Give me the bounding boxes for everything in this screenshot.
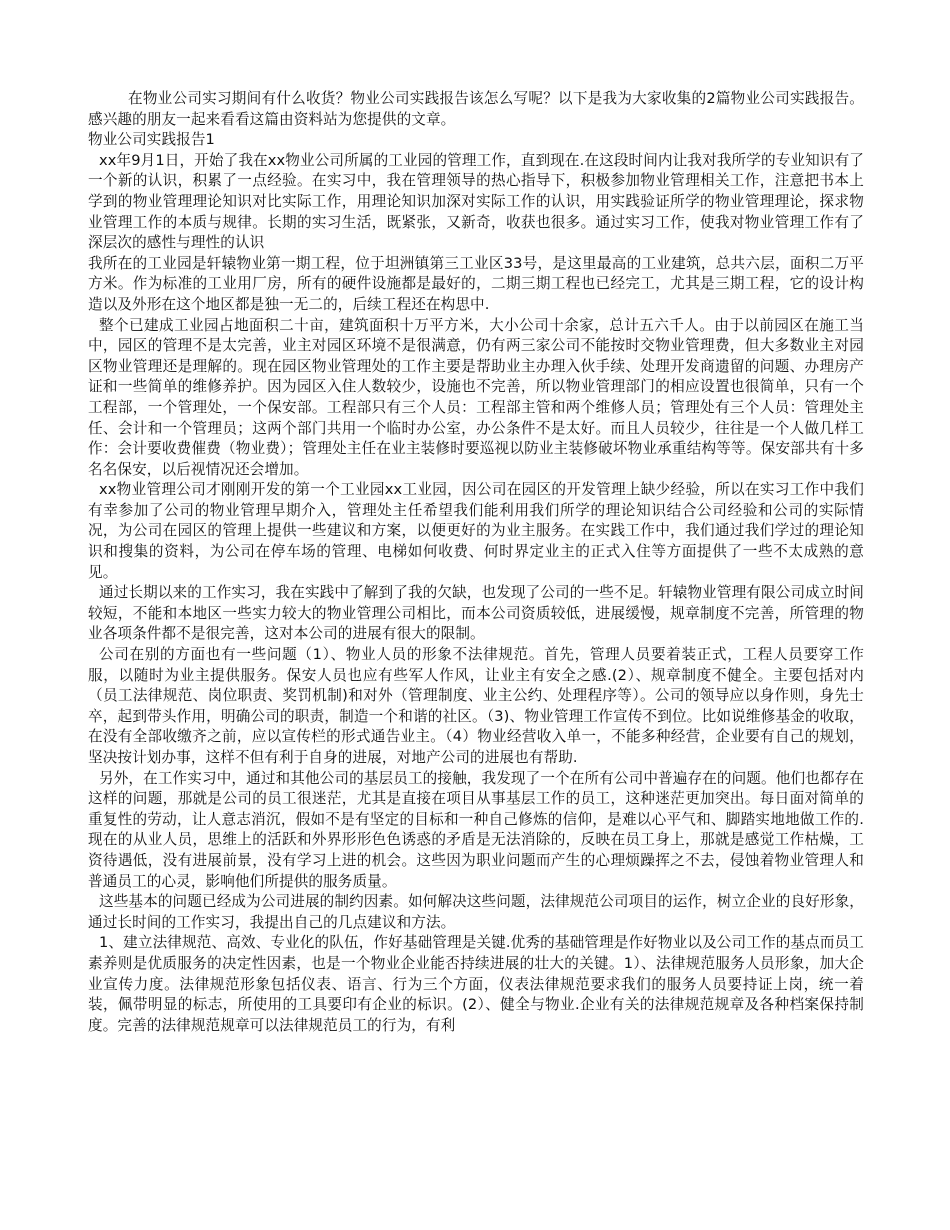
body-paragraph-7: 另外，在工作实习中，通过和其他公司的基层员工的接触，我发现了一个在所有公司中普遍… (88, 769, 864, 893)
document-page: 在物业公司实习期间有什么收货？物业公司实践报告该怎么写呢？以下是我为大家收集的2… (88, 89, 864, 1036)
body-paragraph-3: 整个已建成工业园占地面积二十亩，建筑面积十万平方米，大小公司十余家，总计五六千人… (88, 316, 864, 481)
body-paragraph-8: 这些基本的问题已经成为公司进展的制约因素。如何解决这些问题，法律规范公司项目的运… (88, 892, 864, 933)
body-paragraph-1: xx年9月1日，开始了我在xx物业公司所属的工业园的管理工作，直到现在.在这段时… (88, 151, 864, 254)
body-paragraph-5: 通过长期以来的工作实习，我在实践中了解到了我的欠缺，也发现了公司的一些不足。轩辕… (88, 583, 864, 645)
intro-paragraph: 在物业公司实习期间有什么收货？物业公司实践报告该怎么写呢？以下是我为大家收集的2… (88, 89, 864, 130)
body-paragraph-4: xx物业管理公司才刚刚开发的第一个工业园xx工业园，因公司在园区的开发管理上缺少… (88, 480, 864, 583)
body-paragraph-6: 公司在别的方面也有一些问题（1）、物业人员的形象不法律规范。首先，管理人员要着装… (88, 645, 864, 769)
body-paragraph-2: 我所在的工业园是轩辕物业第一期工程，位于坦洲镇第三工业区33号，是这里最高的工业… (88, 254, 864, 316)
body-paragraph-9: 1、建立法律规范、高效、专业化的队伍，作好基础管理是关键.优秀的基础管理是作好物… (88, 933, 864, 1036)
section-title: 物业公司实践报告1 (88, 130, 864, 151)
